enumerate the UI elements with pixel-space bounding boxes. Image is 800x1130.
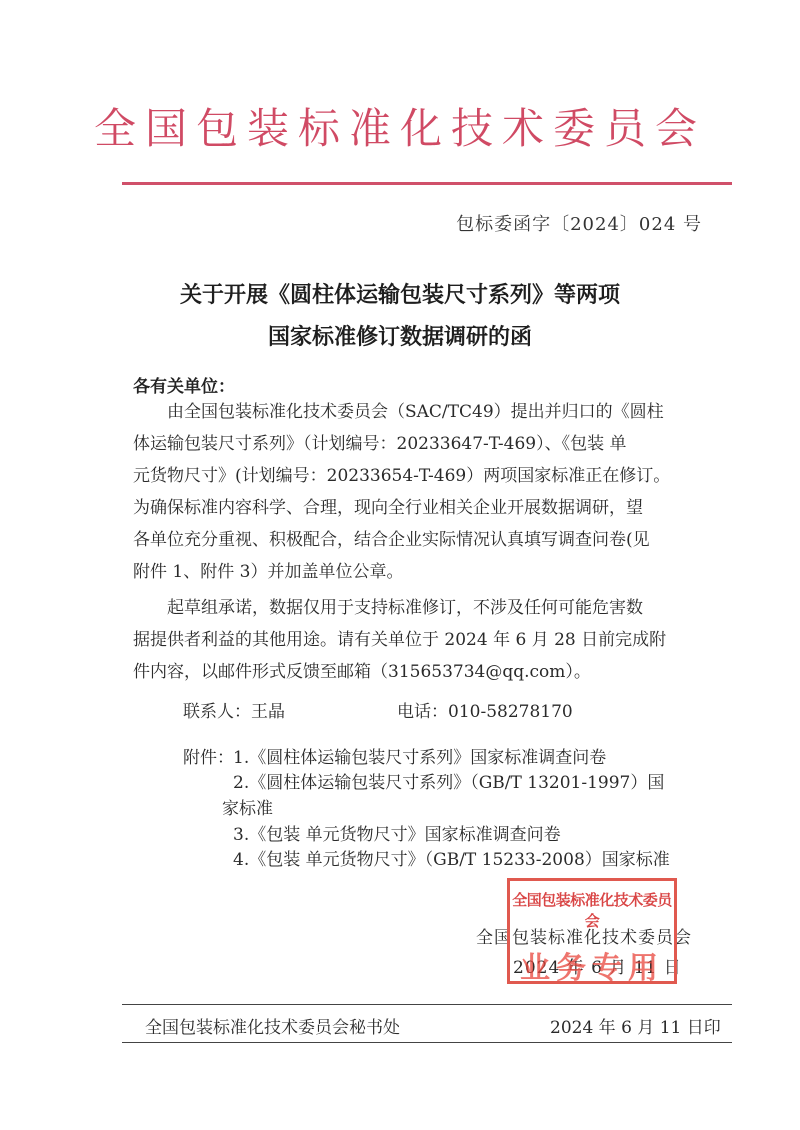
body-line: 据提供者利益的其他用途。请有关单位于 2024 年 6 月 28 日前完成附 [133, 624, 733, 656]
body-line: 由全国包装标准化技术委员会（SAC/TC49）提出并归口的《圆柱 [133, 396, 733, 428]
body-line: 各单位充分重视、积极配合，结合企业实际情况认真填写调查问卷(见 [133, 524, 733, 556]
footer-print-date: 2024 年 6 月 11 日印 [550, 1013, 721, 1038]
contact-phone: 电话：010-58278170 [397, 697, 573, 722]
attachment-item-2-continued: 家标准 [222, 794, 273, 819]
attachments-label: 附件： [183, 743, 234, 768]
body-paragraph-2: 起草组承诺，数据仅用于支持标准修订，不涉及任何可能危害数 据提供者利益的其他用途… [133, 592, 733, 688]
footer-bottom-rule [122, 1042, 732, 1043]
footer-issuer: 全国包装标准化技术委员会秘书处 [145, 1013, 400, 1038]
stamp-organization-text: 全国包装标准化技术委员会 [510, 889, 674, 931]
attachment-item-4: 4.《包装 单元货物尺寸》（GB/T 15233-2008）国家标准 [233, 845, 670, 870]
document-title-line-1: 关于开展《圆柱体运输包装尺寸系列》等两项 [0, 278, 800, 309]
body-line: 体运输包装尺寸系列》（计划编号：20233647-T-469）、《包装 单 [133, 428, 733, 460]
footer-top-rule [122, 1004, 732, 1005]
salutation: 各有关单位： [133, 372, 235, 397]
stamp-purpose-text: 业务专用 [510, 943, 674, 987]
body-line: 件内容，以邮件形式反馈至邮箱（315653734@qq.com）。 [133, 656, 733, 688]
body-line: 元货物尺寸》(计划编号：20233654-T-469）两项国家标准正在修订。 [133, 460, 733, 492]
attachment-item-2: 2.《圆柱体运输包装尺寸系列》（GB/T 13201-1997）国 [233, 768, 664, 793]
attachment-item-3: 3.《包装 单元货物尺寸》国家标准调查问卷 [233, 820, 561, 845]
official-seal-stamp: 全国包装标准化技术委员会 业务专用 [507, 878, 677, 984]
letterhead-divider [122, 182, 732, 185]
body-paragraph-1: 由全国包装标准化技术委员会（SAC/TC49）提出并归口的《圆柱 体运输包装尺寸… [133, 396, 733, 588]
body-line: 附件 1、附件 3）并加盖单位公章。 [133, 556, 733, 588]
contact-person: 联系人：王晶 [183, 697, 285, 722]
body-line: 起草组承诺，数据仅用于支持标准修订，不涉及任何可能危害数 [133, 592, 733, 624]
body-line: 为确保标准内容科学、合理，现向全行业相关企业开展数据调研，望 [133, 492, 733, 524]
attachment-item-1: 1.《圆柱体运输包装尺寸系列》国家标准调查问卷 [233, 743, 606, 768]
document-title-line-2: 国家标准修订数据调研的函 [0, 320, 800, 351]
document-number: 包标委函字〔2024〕024 号 [456, 210, 702, 236]
letterhead-organization: 全国包装标准化技术委员会 [0, 96, 800, 156]
